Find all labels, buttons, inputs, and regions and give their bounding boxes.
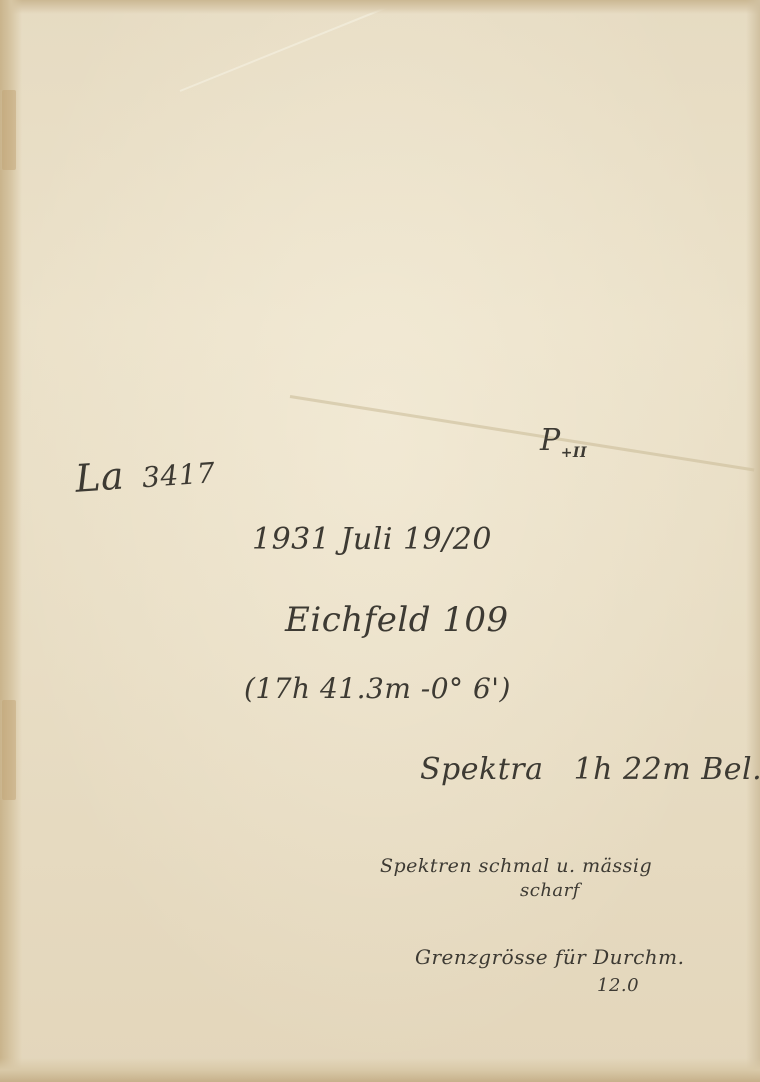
bottom-edge <box>0 1058 760 1082</box>
note-limiting-magnitude-value: 12.0 <box>597 975 639 996</box>
observation-date: 1931 Juli 19/20 <box>252 522 492 557</box>
plate-tag-main: P <box>540 423 561 458</box>
tape-strip <box>2 700 16 800</box>
plate-tag-sub: +II <box>561 445 587 461</box>
object-name: Eichfeld 109 <box>285 600 509 640</box>
right-edge <box>746 0 760 1082</box>
top-edge <box>0 0 760 14</box>
note-limiting-magnitude: Grenzgrösse für Durchm. <box>415 945 685 969</box>
coordinates: (17h 41.3m -0° 6') <box>244 672 511 705</box>
note-spectra-quality-cont: scharf <box>520 880 580 901</box>
catalog-prefix: La <box>74 454 126 501</box>
catalog-number: 3417 <box>141 456 216 494</box>
plate-tag: P+II <box>540 423 587 461</box>
tape-strip <box>2 90 16 170</box>
exposure-value: 1h 22m Bel. <box>574 752 760 787</box>
exposure-label: Spektra <box>420 752 543 787</box>
note-spectra-quality: Spektren schmal u. mässig <box>380 855 652 877</box>
exposure-line: Spektra 1h 22m Bel. <box>420 752 760 787</box>
